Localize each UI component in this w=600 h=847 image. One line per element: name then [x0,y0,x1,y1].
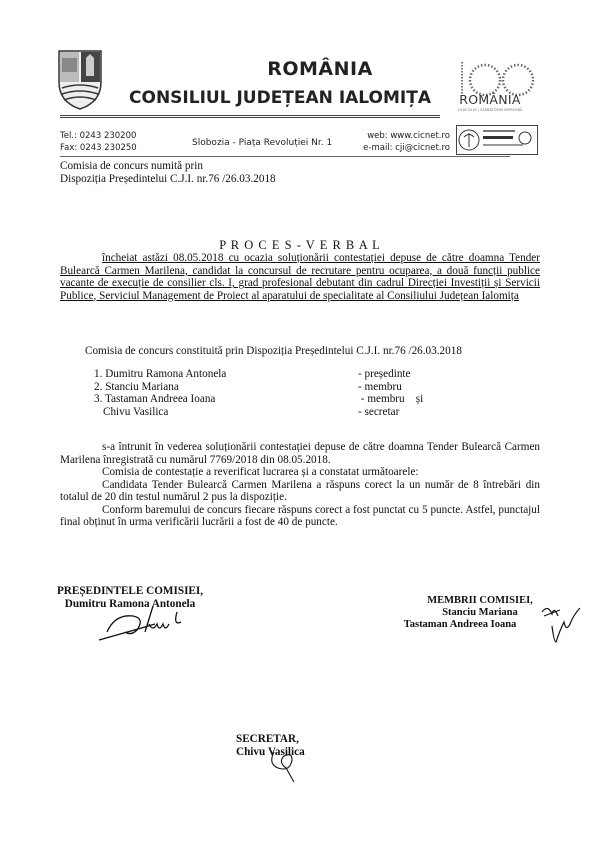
certification-badge-icon [457,126,537,154]
member-role: - președinte [358,368,411,381]
contact-divider [60,156,510,157]
member-name: 2. Stanciu Mariana [94,381,358,394]
president-signature-icon [95,602,205,642]
institution-heading: CONSILIUL JUDEȚEAN IALOMIȚA [120,88,440,108]
certification-badge [456,125,538,155]
member-row: 1. Dumitru Ramona Antonela - președinte [94,368,494,381]
member-1-name: Stanciu Mariana [420,607,540,619]
member-role: - membru și [358,393,423,406]
member-row: 2. Stanciu Mariana - membru [94,381,494,394]
body-paragraph-2: Comisia de contestație a reverificat luc… [60,466,540,479]
member-row: Chivu Vasilica - secretar [94,406,494,419]
committee-reference: Comisia de concurs numită prin Dispoziți… [60,160,276,185]
president-title: PREȘEDINTELE COMISIEI, [30,585,230,598]
member-role: - membru [358,381,402,394]
members-list: 1. Dumitru Ramona Antonela - președinte … [94,368,494,418]
committee-reference-line2: Dispoziția Președintelui C.J.I. nr.76 /2… [60,173,276,186]
member-2-name: Tastaman Andreea Ioana [380,619,540,631]
members-signature-block: MEMBRII COMISIEI, Stanciu Mariana Tastam… [420,595,540,631]
intro-paragraph: încheiat astăzi 08.05.2018 cu ocazia sol… [60,252,540,302]
header-divider [60,115,440,118]
committee-constitution: Comisia de concurs constituită prin Disp… [85,345,462,358]
member-name: 1. Dumitru Ramona Antonela [94,368,358,381]
members-signature-icon [540,602,585,647]
fax-number: Fax: 0243 230250 [60,142,137,154]
member-row: 3. Tastaman Andreea Ioana - membru și [94,393,494,406]
phone-number: Tel.: 0243 230200 [60,130,137,142]
member-role: - secretar [358,406,399,419]
committee-reference-line1: Comisia de concurs numită prin [60,160,276,173]
document-title: P R O C E S - V E R B A L [0,238,600,253]
body-paragraph-4: Conform baremului de concurs fiecare răs… [60,504,540,529]
secretary-signature-icon [268,750,308,784]
email-link[interactable]: e-mail: cji@cicnet.ro [340,142,450,154]
centenary-logo-subtext: 1918-2018 | SĂRBĂTORIM ÎMPREUNĂ [440,108,540,112]
body-text: s-a întrunit în vederea soluționării con… [60,441,540,529]
member-name: 3. Tastaman Andreea Ioana [94,393,358,406]
centenary-logo-text: ROMÂNIA [440,92,540,107]
country-heading: ROMÂNIA [200,58,440,80]
members-title: MEMBRII COMISIEI, [420,595,540,607]
secretary-title: SECRETAR, [236,733,305,746]
address: Slobozia - Piața Revoluției Nr. 1 [192,137,332,149]
body-paragraph-1: s-a întrunit în vederea soluționării con… [60,441,540,466]
member-name: Chivu Vasilica [94,406,358,419]
contact-phone-fax: Tel.: 0243 230200 Fax: 0243 230250 [60,130,137,154]
county-crest-icon [58,50,102,110]
contact-web-email: web: www.cicnet.ro e-mail: cji@cicnet.ro [340,130,450,154]
website-link[interactable]: web: www.cicnet.ro [340,130,450,142]
body-paragraph-3: Candidata Tender Bulearcă Carmen Marilen… [60,479,540,504]
